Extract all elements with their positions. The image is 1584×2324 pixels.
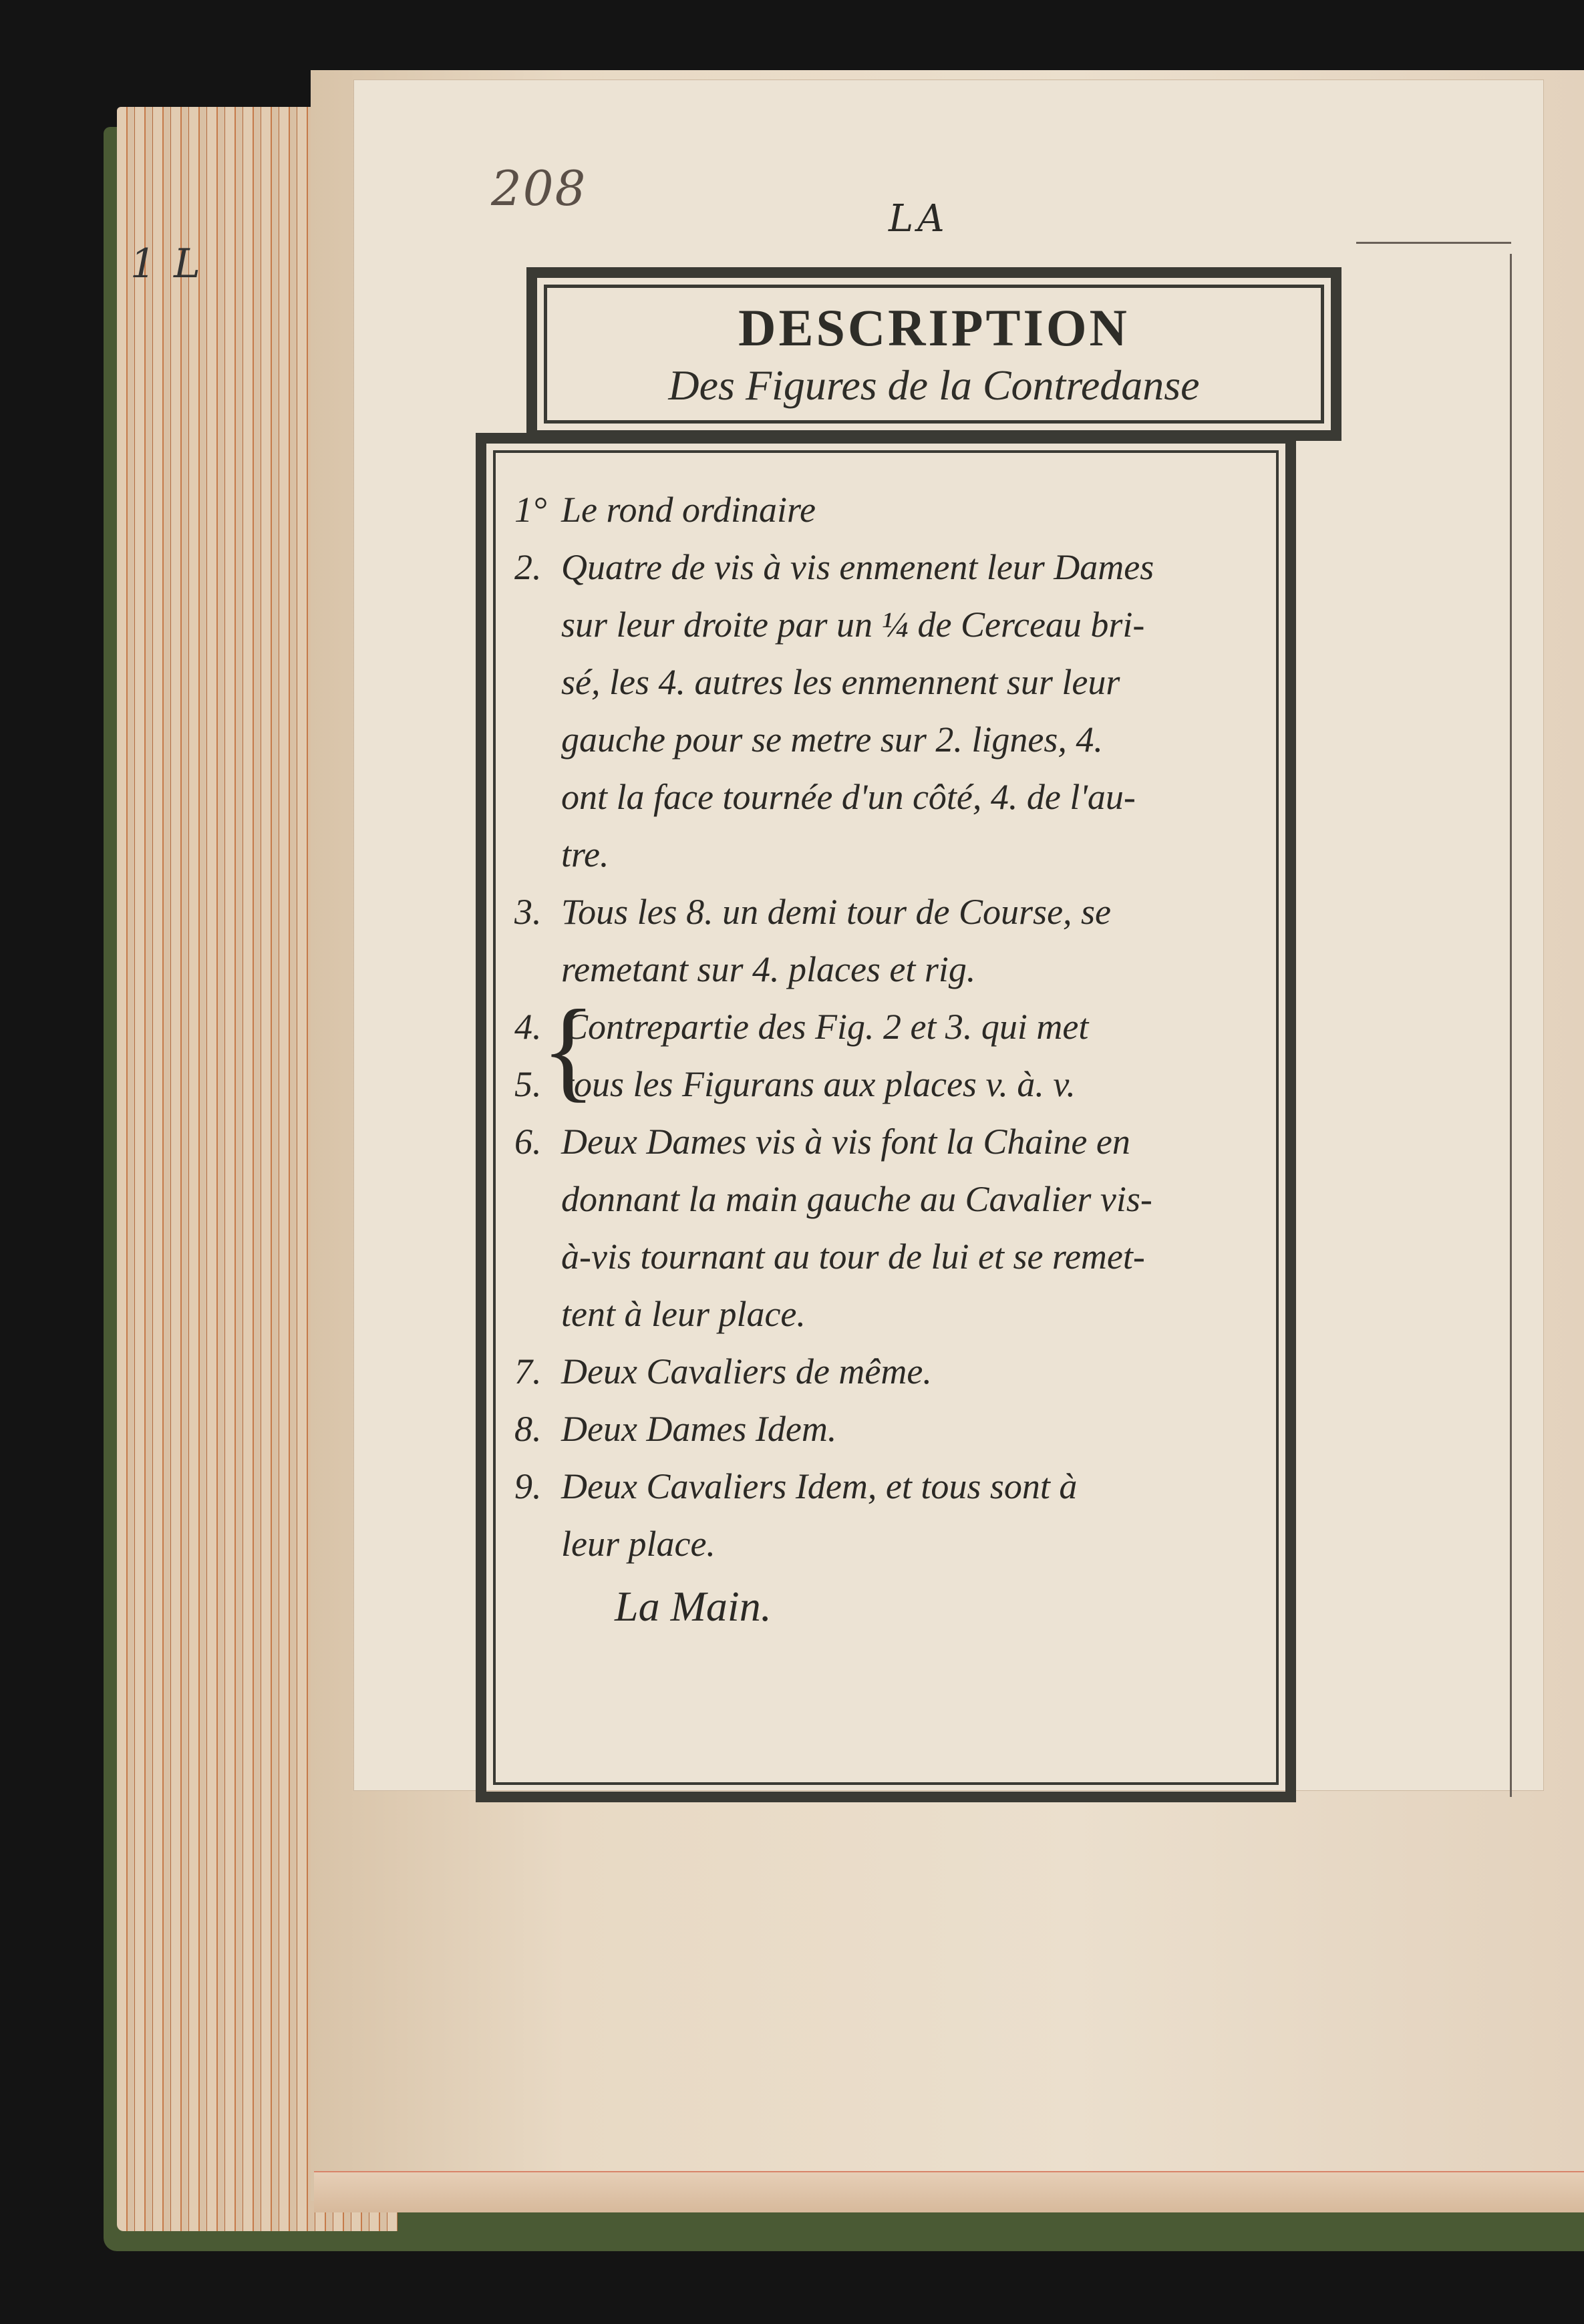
stack-edge-letter: L bbox=[174, 240, 200, 287]
figure-line: Deux Dames vis à vis font la Chaine en bbox=[561, 1113, 1263, 1170]
figure-text: Le rond ordinaire bbox=[561, 481, 1263, 538]
title-frame: DESCRIPTION Des Figures de la Contredans… bbox=[526, 267, 1341, 441]
figure-line: remetant sur 4. places et rig. bbox=[561, 941, 1263, 998]
figure-number: 4. bbox=[514, 998, 541, 1055]
closing-figure-title: La Main. bbox=[514, 1578, 1263, 1635]
figure-text: Deux Cavaliers de même. bbox=[561, 1343, 1263, 1400]
figure-line: leur place. bbox=[561, 1515, 1263, 1572]
figure-text: Deux Dames Idem. bbox=[561, 1400, 1263, 1458]
figure-line: Tous les 8. un demi tour de Course, se bbox=[561, 883, 1263, 941]
figure-line: Quatre de vis à vis enmenent leur Dames bbox=[561, 538, 1263, 596]
figures-frame: 1° Le rond ordinaire 2. Quatre de vis à … bbox=[476, 433, 1296, 1802]
figure-line: à-vis tournant au tour de lui et se reme… bbox=[561, 1228, 1263, 1285]
figures-list: 1° Le rond ordinaire 2. Quatre de vis à … bbox=[493, 450, 1279, 1785]
figure-item-8: 8. Deux Dames Idem. bbox=[514, 1400, 1263, 1458]
plate-mark-top bbox=[1356, 242, 1511, 244]
figure-number: 5. bbox=[514, 1055, 541, 1113]
running-head: LA bbox=[889, 197, 949, 240]
stack-edge-letter: 1 bbox=[130, 240, 156, 287]
figure-number: 2. bbox=[514, 538, 561, 883]
figure-item-2: 2. Quatre de vis à vis enmenent leur Dam… bbox=[514, 538, 1263, 883]
figure-item-4-5: 4. 5. { Contrepartie des Fig. 2 et 3. qu… bbox=[514, 998, 1263, 1113]
figure-number: 8. bbox=[514, 1400, 561, 1458]
page-number: 208 bbox=[491, 160, 587, 216]
figure-line: Contrepartie des Fig. 2 et 3. qui met bbox=[564, 998, 1088, 1055]
title-subheading: Des Figures de la Contredanse bbox=[668, 361, 1199, 410]
figure-line: sé, les 4. autres les enmennent sur leur bbox=[561, 653, 1263, 711]
figure-line: tre. bbox=[561, 826, 1263, 883]
figure-number: 7. bbox=[514, 1343, 561, 1400]
figure-line: tous les Figurans aux places v. à. v. bbox=[564, 1055, 1088, 1113]
figure-item-7: 7. Deux Cavaliers de même. bbox=[514, 1343, 1263, 1400]
figure-number: 1° bbox=[514, 481, 561, 538]
page-bottom-edge bbox=[314, 2171, 1584, 2212]
figure-number: 9. bbox=[514, 1458, 561, 1572]
brace-icon: { bbox=[541, 993, 564, 1113]
figure-item-3: 3. Tous les 8. un demi tour de Course, s… bbox=[514, 883, 1263, 998]
figure-item-9: 9. Deux Cavaliers Idem, et tous sont à l… bbox=[514, 1458, 1263, 1572]
figure-item-6: 6. Deux Dames vis à vis font la Chaine e… bbox=[514, 1113, 1263, 1343]
figure-number: 3. bbox=[514, 883, 561, 998]
figure-number: 6. bbox=[514, 1113, 561, 1343]
figure-line: sur leur droite par un ¼ de Cerceau bri- bbox=[561, 596, 1263, 653]
figure-line: gauche pour se metre sur 2. lignes, 4. bbox=[561, 711, 1263, 768]
figure-line: Deux Cavaliers Idem, et tous sont à bbox=[561, 1458, 1263, 1515]
title-inner-frame: DESCRIPTION Des Figures de la Contredans… bbox=[544, 285, 1324, 424]
plate-mark-right bbox=[1510, 254, 1512, 1797]
title-heading: DESCRIPTION bbox=[738, 298, 1130, 358]
figure-item-1: 1° Le rond ordinaire bbox=[514, 481, 1263, 538]
figure-line: ont la face tournée d'un côté, 4. de l'a… bbox=[561, 768, 1263, 826]
figure-line: tent à leur place. bbox=[561, 1285, 1263, 1343]
figure-line: donnant la main gauche au Cavalier vis- bbox=[561, 1170, 1263, 1228]
